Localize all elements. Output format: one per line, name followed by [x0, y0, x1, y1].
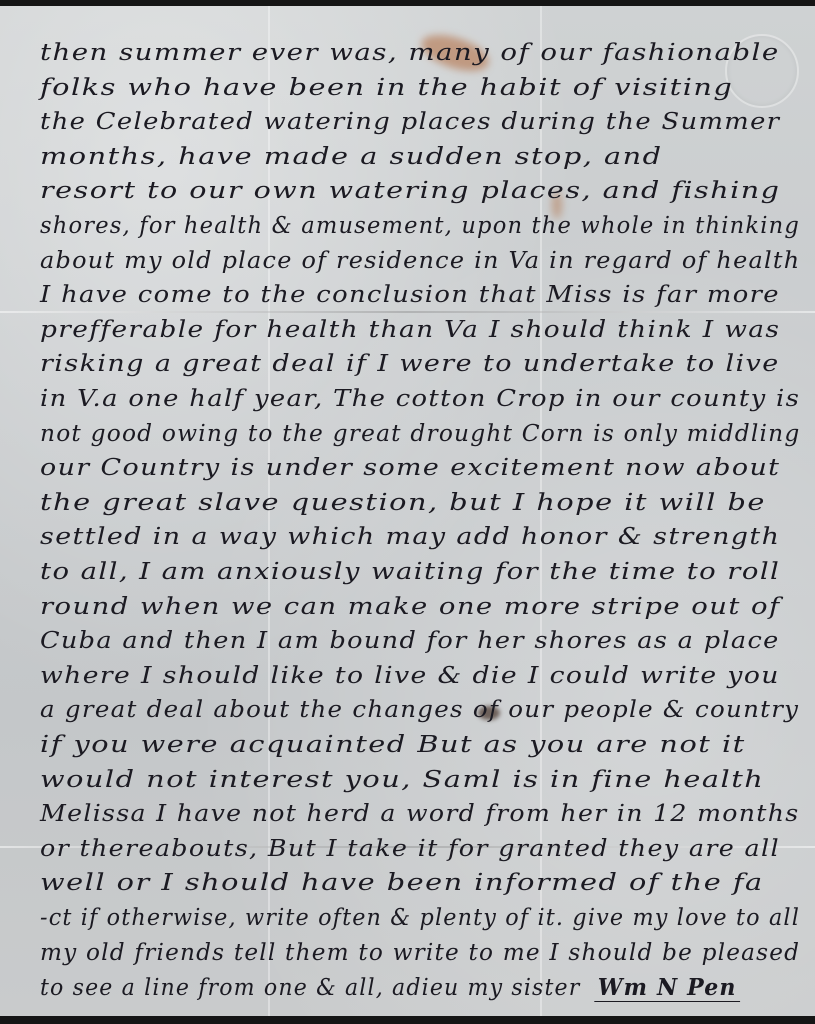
- letter-line-12: not good owing to the great drought Corn…: [40, 421, 800, 447]
- letter-line-4: months, have made a sudden stop, and: [40, 144, 663, 170]
- letter-line-2: folks who have been in the habit of visi…: [40, 75, 733, 101]
- letter-line-22: would not interest you, Saml is in fine …: [40, 767, 764, 793]
- letter-line-24: or thereabouts, But I take it for grante…: [40, 836, 780, 862]
- letter-line-26: -ct if otherwise, write often & plenty o…: [40, 905, 800, 931]
- letter-line-17: round when we can make one more stripe o…: [40, 594, 781, 620]
- letter-page: then summer ever was, many of our fashio…: [0, 6, 815, 1016]
- letter-line-10: risking a great deal if I were to undert…: [40, 351, 780, 377]
- letter-line-23: Melissa I have not herd a word from her …: [40, 801, 799, 827]
- letter-line-3: the Celebrated watering places during th…: [40, 109, 780, 135]
- signature: Wm N Pen: [594, 974, 741, 1002]
- letter-line-6: shores, for health & amusement, upon the…: [40, 213, 800, 239]
- letter-line-27: my old friends tell them to write to me …: [40, 940, 800, 966]
- letter-line-1: then summer ever was, many of our fashio…: [40, 40, 780, 66]
- letter-line-20: a great deal about the changes of our pe…: [40, 697, 799, 723]
- letter-line-28: to see a line from one & all, adieu my s…: [40, 974, 740, 1001]
- letter-line-8: I have come to the conclusion that Miss …: [40, 282, 780, 308]
- letter-line-14: the great slave question, but I hope it …: [40, 490, 766, 516]
- letter-line-9: prefferable for health than Va I should …: [40, 317, 780, 343]
- letter-line-19: where I should like to live & die I coul…: [40, 663, 780, 689]
- letter-line-15: settled in a way which may add honor & s…: [40, 524, 780, 550]
- letter-line-5: resort to our own watering places, and f…: [40, 178, 780, 204]
- letter-line-11: in V.a one half year, The cotton Crop in…: [40, 386, 800, 412]
- letter-line-25: well or I should have been informed of t…: [40, 870, 764, 896]
- letter-line-16: to all, I am anxiously waiting for the t…: [40, 559, 780, 585]
- letter-line-21: if you were acquainted But as you are no…: [40, 732, 746, 758]
- letter-line-13: our Country is under some excitement now…: [40, 455, 780, 481]
- letter-line-7: about my old place of residence in Va in…: [40, 248, 800, 274]
- scan-bottom-edge: [0, 1016, 815, 1024]
- letter-line-18: Cuba and then I am bound for her shores …: [40, 628, 780, 654]
- handwritten-text-body: then summer ever was, many of our fashio…: [0, 6, 815, 1016]
